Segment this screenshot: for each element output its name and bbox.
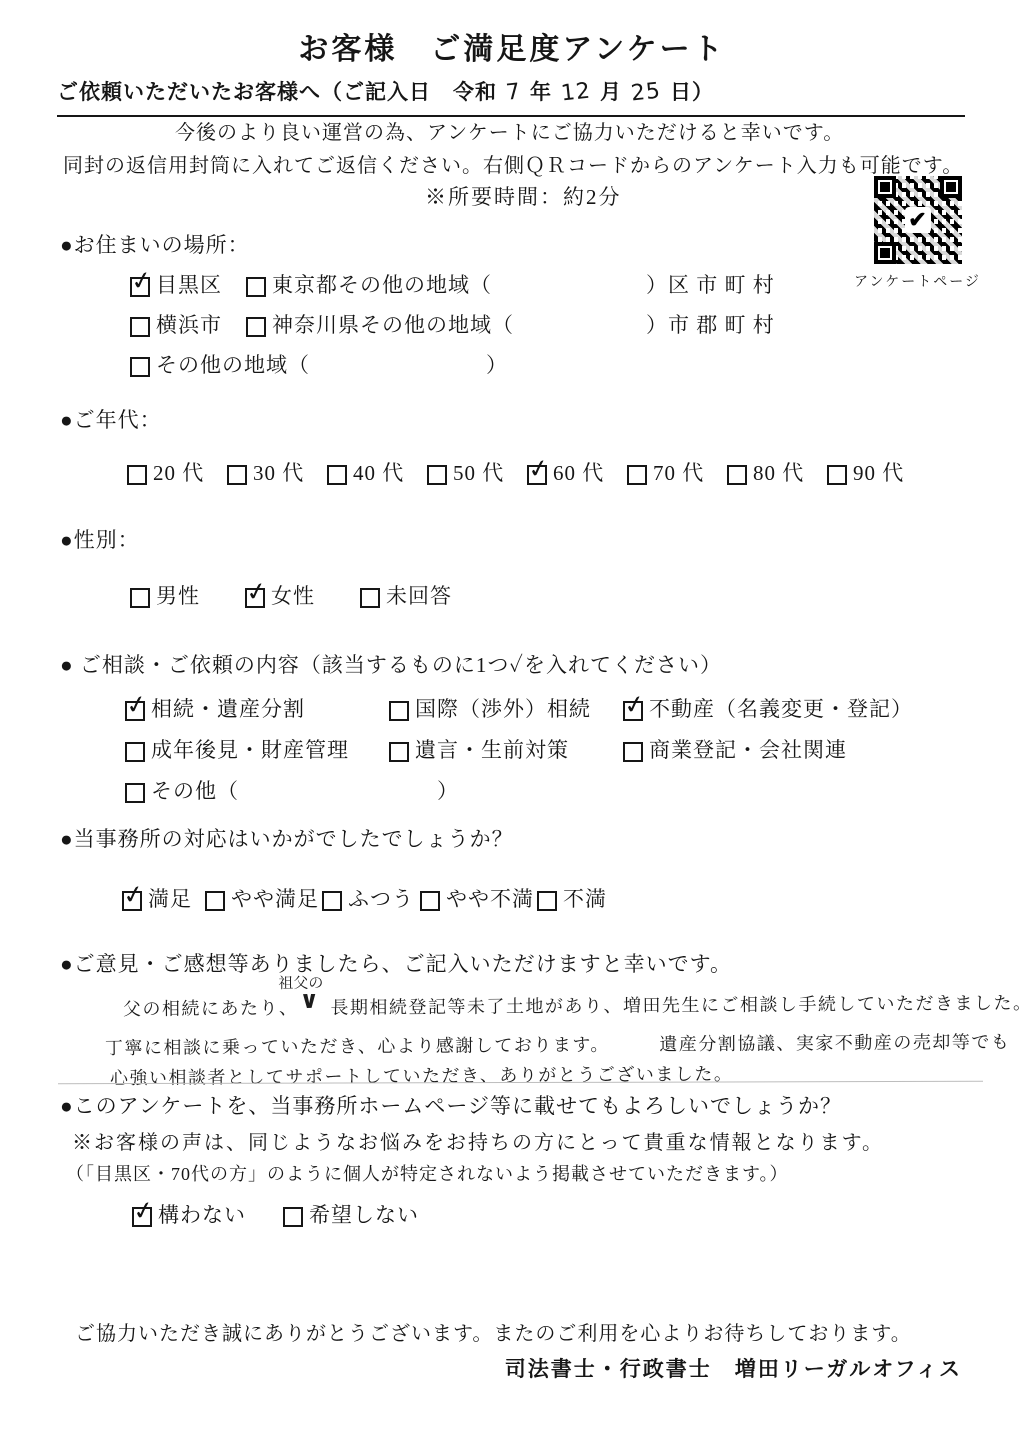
consultation-row-3: その他（ ） xyxy=(125,778,459,805)
qr-finder-top-left xyxy=(874,176,896,198)
checkbox-option[interactable]: ✓満足 xyxy=(122,886,205,913)
gender-heading: ●性別： xyxy=(60,524,140,554)
checkbox-option[interactable]: 70 代 xyxy=(627,460,727,487)
qr-code-block: ✔ アンケートページ xyxy=(845,176,990,291)
checkbox-label: 満足 xyxy=(148,886,192,913)
checkbox-label: 80 代 xyxy=(753,460,804,487)
check-mark-icon: ✓ xyxy=(244,577,269,605)
checkbox-option[interactable]: その他の地域（ ） xyxy=(130,352,508,379)
handwritten-comment-line-2: 丁寧に相談に乗っていただき、心より感謝しております。 遺産分割協議、実家不動産の… xyxy=(105,1028,1011,1060)
recipient-date-line: ご依頼いただいたお客様へ（ご記入日 令和7年12月25日） xyxy=(57,76,965,117)
checkbox-label: 男性 xyxy=(156,583,200,610)
checkbox-option[interactable]: 東京都その他の地域（ ）区 市 町 村 xyxy=(246,272,775,299)
consultation-row-2: 成年後見・財産管理遺言・生前対策商業登記・会社関連 xyxy=(125,737,847,764)
handwritten-month-value: 12 xyxy=(560,79,592,107)
check-mark-icon: ✓ xyxy=(526,454,551,482)
checkbox-option[interactable]: ✓目黒区 xyxy=(130,272,246,299)
checkbox-label: 90 代 xyxy=(853,460,904,487)
checkbox-option[interactable]: 神奈川県その他の地域（ ）市 郡 町 村 xyxy=(246,312,775,339)
form-title: お客様 ご満足度アンケート xyxy=(0,24,1024,68)
intro-line-1: 今後のより良い運営の為、アンケートにご協力いただけると幸いです。 xyxy=(175,116,844,145)
check-mark-icon: ✓ xyxy=(129,266,154,294)
checkbox-checked[interactable]: ✓ xyxy=(122,891,142,911)
checkbox-label: 70 代 xyxy=(653,460,704,487)
feedback-heading: ●ご意見・ご感想等ありましたら、ご記入いただけますと幸いです。 xyxy=(60,948,732,978)
checkbox-label: 神奈川県その他の地域（ ）市 郡 町 村 xyxy=(272,312,775,339)
qr-code: ✔ xyxy=(874,176,962,264)
age-options-row: 20 代30 代40 代50 代✓60 代70 代80 代90 代 xyxy=(127,460,927,487)
consultation-row-1: ✓相続・遺産分割国際（渉外）相続✓不動産（名義変更・登記） xyxy=(125,696,913,723)
checkbox-unchecked[interactable] xyxy=(125,742,145,762)
checkbox-checked[interactable]: ✓ xyxy=(623,701,643,721)
residence-row-1: ✓目黒区東京都その他の地域（ ）区 市 町 村 xyxy=(130,272,775,299)
consultation-heading: ● ご相談・ご依頼の内容（該当するものに1つ✓を入れてください） xyxy=(60,649,722,679)
year-unit: 年 xyxy=(530,80,552,104)
checkbox-unchecked[interactable] xyxy=(420,891,440,911)
checkbox-label: 60 代 xyxy=(553,460,604,487)
checkbox-unchecked[interactable] xyxy=(130,588,150,608)
checkbox-option[interactable]: 国際（渉外）相続 xyxy=(389,696,623,723)
checkbox-option[interactable]: 90 代 xyxy=(827,460,927,487)
check-mark-icon: ✓ xyxy=(121,880,146,908)
survey-form-page: お客様 ご満足度アンケート ご依頼いただいたお客様へ（ご記入日 令和7年12月2… xyxy=(0,0,1024,1444)
checkbox-option[interactable]: ✓女性 xyxy=(245,583,360,610)
footer-thanks: ご協力いただき誠にありがとうございます。またのご利用を心よりお待ちしております。 xyxy=(75,1317,912,1346)
checkbox-unchecked[interactable] xyxy=(627,465,647,485)
checkbox-option[interactable]: 20 代 xyxy=(127,460,227,487)
checkbox-label: 未回答 xyxy=(386,583,452,610)
checkbox-checked[interactable]: ✓ xyxy=(245,588,265,608)
handwritten-year-value: 7 xyxy=(505,79,523,105)
publish-options-row: ✓構わない希望しない xyxy=(132,1202,419,1229)
checkbox-label: 40 代 xyxy=(353,460,404,487)
checkbox-option[interactable]: その他（ ） xyxy=(125,778,459,805)
checkbox-unchecked[interactable] xyxy=(427,465,447,485)
checkbox-label: やや不満 xyxy=(446,886,534,913)
checkbox-label: 東京都その他の地域（ ）区 市 町 村 xyxy=(272,272,775,299)
checkbox-label: ふつう xyxy=(348,886,414,913)
checkbox-label: 成年後見・財産管理 xyxy=(151,737,349,764)
checkbox-unchecked[interactable] xyxy=(283,1207,303,1227)
qr-center-check-icon: ✔ xyxy=(905,207,931,233)
checkbox-label: 目黒区 xyxy=(156,272,222,299)
checkbox-unchecked[interactable] xyxy=(130,357,150,377)
check-mark-icon: ✓ xyxy=(124,690,149,718)
checkbox-label: 構わない xyxy=(158,1202,246,1229)
checkbox-option[interactable]: 遺言・生前対策 xyxy=(389,737,623,764)
time-note: ※所要時間：約2分 xyxy=(425,181,622,211)
check-mark-icon: ✓ xyxy=(622,690,647,718)
age-heading: ●ご年代： xyxy=(60,404,162,434)
checkbox-unchecked[interactable] xyxy=(205,891,225,911)
qr-finder-top-right xyxy=(940,176,962,198)
footer-signature: 司法書士・行政書士 増田リーガルオフィス xyxy=(505,1353,962,1383)
checkbox-label: 不動産（名義変更・登記） xyxy=(649,696,913,723)
checkbox-label: 希望しない xyxy=(309,1202,419,1229)
handwritten-day-value: 25 xyxy=(630,79,662,107)
checkbox-checked[interactable]: ✓ xyxy=(130,277,150,297)
checkbox-unchecked[interactable] xyxy=(623,742,643,762)
month-unit: 月 xyxy=(600,80,622,104)
checkbox-option[interactable]: 成年後見・財産管理 xyxy=(125,737,389,764)
checkbox-label: その他の地域（ ） xyxy=(156,352,508,379)
checkbox-label: 30 代 xyxy=(253,460,304,487)
checkbox-option[interactable]: ✓構わない xyxy=(132,1202,283,1229)
qr-label: アンケートページ xyxy=(845,271,990,291)
checkbox-unchecked[interactable] xyxy=(125,783,145,803)
checkbox-label: 遺言・生前対策 xyxy=(415,737,569,764)
checkbox-checked[interactable]: ✓ xyxy=(132,1207,152,1227)
date-line-prefix: ご依頼いただいたお客様へ（ご記入日 令和 xyxy=(57,80,497,104)
checkbox-option[interactable]: やや不満 xyxy=(420,886,537,913)
checkbox-unchecked[interactable] xyxy=(389,742,409,762)
checkbox-label: 商業登記・会社関連 xyxy=(649,737,847,764)
day-unit: 日） xyxy=(670,80,714,104)
gender-options-row: 男性✓女性未回答 xyxy=(130,583,475,610)
checkbox-option[interactable]: ふつう xyxy=(322,886,420,913)
residence-heading: ●お住まいの場所： xyxy=(60,229,250,259)
checkbox-unchecked[interactable] xyxy=(360,588,380,608)
handwritten-comment-line-3: 心強い相談者としてサポートしていただき、ありがとうございました。 xyxy=(110,1060,733,1090)
checkbox-unchecked[interactable] xyxy=(227,465,247,485)
checkbox-label: 50 代 xyxy=(453,460,504,487)
qr-finder-bottom-left xyxy=(874,242,896,264)
checkbox-option[interactable]: 80 代 xyxy=(727,460,827,487)
residence-row-2: 横浜市神奈川県その他の地域（ ）市 郡 町 村 xyxy=(130,312,775,339)
checkbox-unchecked[interactable] xyxy=(246,317,266,337)
checkbox-checked[interactable]: ✓ xyxy=(527,465,547,485)
checkbox-option[interactable]: 40 代 xyxy=(327,460,427,487)
checkbox-unchecked[interactable] xyxy=(827,465,847,485)
checkbox-unchecked[interactable] xyxy=(246,277,266,297)
checkbox-label: 20 代 xyxy=(153,460,204,487)
comment-line1-pre: 父の相続にあたり、 xyxy=(123,998,299,1020)
checkbox-label: 国際（渉外）相続 xyxy=(415,696,591,723)
checkbox-label: 不満 xyxy=(563,886,607,913)
caret-icon: ∨ xyxy=(299,988,320,1012)
comment-line1-post: 長期相続登記等未了土地があり、増田先生にご相談し手続していただきました。 xyxy=(330,993,1024,1019)
intro-line-2: 同封の返信用封筒に入れてご返信ください。右側ＱＲコードからのアンケート入力も可能… xyxy=(63,149,963,178)
checkbox-option[interactable]: 商業登記・会社関連 xyxy=(623,737,847,764)
checkbox-option[interactable]: 男性 xyxy=(130,583,245,610)
handwritten-comment-line-1: 父の相続にあたり、祖父の∨長期相続登記等未了土地があり、増田先生にご相談し手続し… xyxy=(123,989,1024,1021)
checkbox-unchecked[interactable] xyxy=(130,317,150,337)
publish-note-2: （「目黒区・70代の方」のように個人が特定されないよう掲載させていただきます。） xyxy=(66,1160,789,1186)
checkbox-option[interactable]: 未回答 xyxy=(360,583,475,610)
checkbox-unchecked[interactable] xyxy=(327,465,347,485)
checkbox-unchecked[interactable] xyxy=(389,701,409,721)
checkbox-option[interactable]: 希望しない xyxy=(283,1202,419,1229)
checkbox-unchecked[interactable] xyxy=(727,465,747,485)
checkbox-option[interactable]: 不満 xyxy=(537,886,607,913)
checkbox-label: その他（ ） xyxy=(151,778,459,805)
checkbox-option[interactable]: やや満足 xyxy=(205,886,322,913)
checkbox-option[interactable]: ✓60 代 xyxy=(527,460,627,487)
checkbox-option[interactable]: 50 代 xyxy=(427,460,527,487)
checkbox-checked[interactable]: ✓ xyxy=(125,701,145,721)
checkbox-option[interactable]: ✓不動産（名義変更・登記） xyxy=(623,696,913,723)
checkbox-label: 横浜市 xyxy=(156,312,222,339)
checkbox-unchecked[interactable] xyxy=(322,891,342,911)
publish-note-1: ※お客様の声は、同じようなお悩みをお持ちの方にとって貴重な情報となります。 xyxy=(72,1126,884,1155)
checkbox-option[interactable]: 横浜市 xyxy=(130,312,246,339)
checkbox-option[interactable]: ✓相続・遺産分割 xyxy=(125,696,389,723)
residence-row-3: その他の地域（ ） xyxy=(130,352,508,379)
checkbox-unchecked[interactable] xyxy=(537,891,557,911)
checkbox-label: 相続・遺産分割 xyxy=(151,696,305,723)
checkbox-option[interactable]: 30 代 xyxy=(227,460,327,487)
checkbox-label: 女性 xyxy=(271,583,315,610)
satisfaction-options-row: ✓満足やや満足ふつうやや不満不満 xyxy=(122,886,607,913)
checkbox-unchecked[interactable] xyxy=(127,465,147,485)
publish-heading: ●このアンケートを、当事務所ホームページ等に載せてもよろしいでしょうか？ xyxy=(60,1090,842,1120)
check-mark-icon: ✓ xyxy=(131,1196,156,1224)
satisfaction-heading: ●当事務所の対応はいかがでしたでしょうか？ xyxy=(60,823,514,853)
insertion-mark: 祖父の∨ xyxy=(298,996,330,1014)
checkbox-label: やや満足 xyxy=(231,886,319,913)
